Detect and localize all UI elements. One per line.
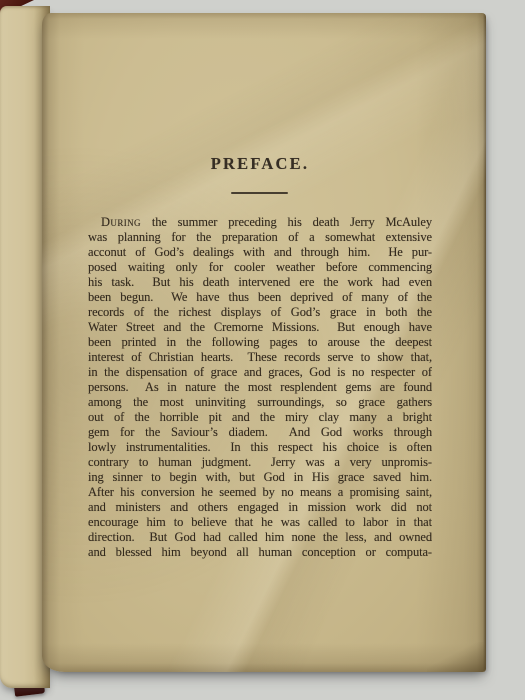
text-line: his task. But his death intervened ere t… xyxy=(88,275,432,290)
text-line-first: During the summer preceding his death Je… xyxy=(88,215,432,230)
text-line: was planning for the preparation of a so… xyxy=(88,230,432,245)
text-line: lowly instrumentalities. In this respect… xyxy=(88,440,432,455)
text-line: acconut of God’s dealings with and throu… xyxy=(88,245,432,260)
text-line: interest of Christian hearts. These reco… xyxy=(88,350,432,365)
text-line: persons. As in nature the most resplende… xyxy=(88,380,432,395)
text-line: been begun. We have thus been deprived o… xyxy=(88,290,432,305)
text-line: encourage him to believe that he was cal… xyxy=(88,515,432,530)
text-line: in the dispensation of grace and graces,… xyxy=(88,365,432,380)
text-line: direction. But God had called him none t… xyxy=(88,530,432,545)
text-line: ing sinner to begin with, but God in His… xyxy=(88,470,432,485)
first-line-rest: the summer preceding his death Jerry McA… xyxy=(141,215,432,229)
opening-word: During xyxy=(101,215,141,229)
page-title: PREFACE. xyxy=(88,154,432,174)
preface-body: During the summer preceding his death Je… xyxy=(88,215,432,560)
book-page: PREFACE. During the summer preceding his… xyxy=(42,13,486,672)
text-line: and ministers and others engaged in miss… xyxy=(88,500,432,515)
text-line: Water Street and the Cremorne Missions. … xyxy=(88,320,432,335)
text-line: among the most uninviting surroundings, … xyxy=(88,395,432,410)
title-divider-rule xyxy=(231,192,288,194)
text-line: and blessed him beyond all human concept… xyxy=(88,545,432,560)
text-line: records of the richest displays of God’s… xyxy=(88,305,432,320)
text-line: gem for the Saviour’s diadem. And God wo… xyxy=(88,425,432,440)
text-line: contrary to human judgment. Jerry was a … xyxy=(88,455,432,470)
book-photograph: PREFACE. During the summer preceding his… xyxy=(0,0,525,700)
page-corner-fold-shadow xyxy=(427,642,485,672)
text-line: out of the horrible pit and the miry cla… xyxy=(88,410,432,425)
text-line: After his conversion he seemed by no mea… xyxy=(88,485,432,500)
text-line: posed waiting only for cooler weather be… xyxy=(88,260,432,275)
text-line: been printed in the following pages to a… xyxy=(88,335,432,350)
